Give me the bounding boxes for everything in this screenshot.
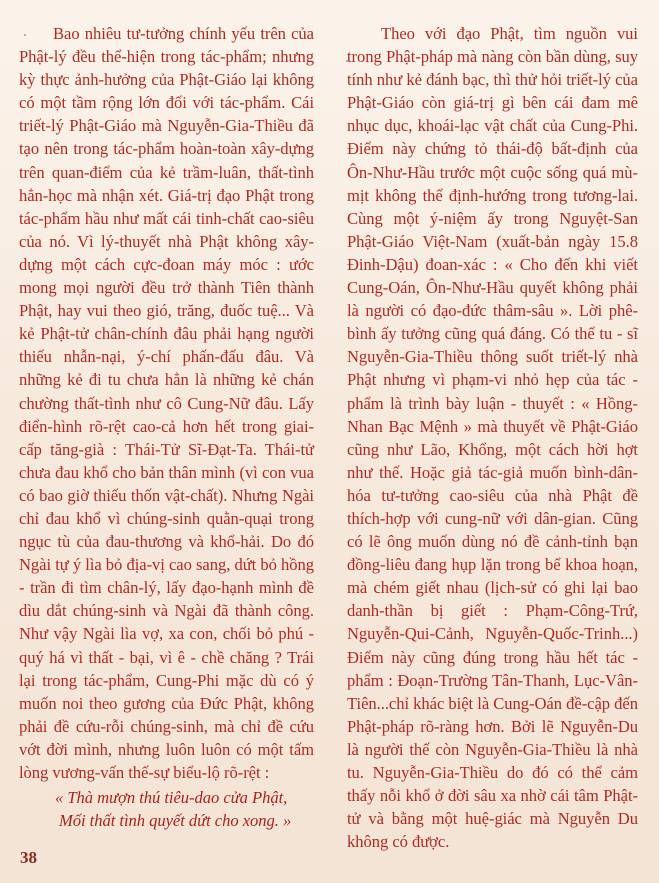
left-paragraph: Bao nhiêu tư-tưởng chính yếu trên của Ph… xyxy=(19,22,314,784)
book-page: Bao nhiêu tư-tưởng chính yếu trên của Ph… xyxy=(0,0,659,883)
print-artifact-dot xyxy=(24,34,26,36)
left-column: Bao nhiêu tư-tưởng chính yếu trên của Ph… xyxy=(19,22,314,832)
poem-line-1: « Thà mượn thú tiêu-dao cửa Phật, xyxy=(19,786,314,809)
print-artifact-dot xyxy=(346,60,348,62)
print-artifact-mark xyxy=(430,836,431,845)
poem-quote: « Thà mượn thú tiêu-dao cửa Phật, Mối th… xyxy=(19,786,314,832)
page-number: 38 xyxy=(20,848,37,868)
right-paragraph: Theo với đạo Phật, tìm nguồn vui trong P… xyxy=(347,22,638,853)
poem-line-2: Mối thất tình quyết dứt cho xong. » xyxy=(19,809,314,832)
right-column: Theo với đạo Phật, tìm nguồn vui trong P… xyxy=(347,22,638,853)
